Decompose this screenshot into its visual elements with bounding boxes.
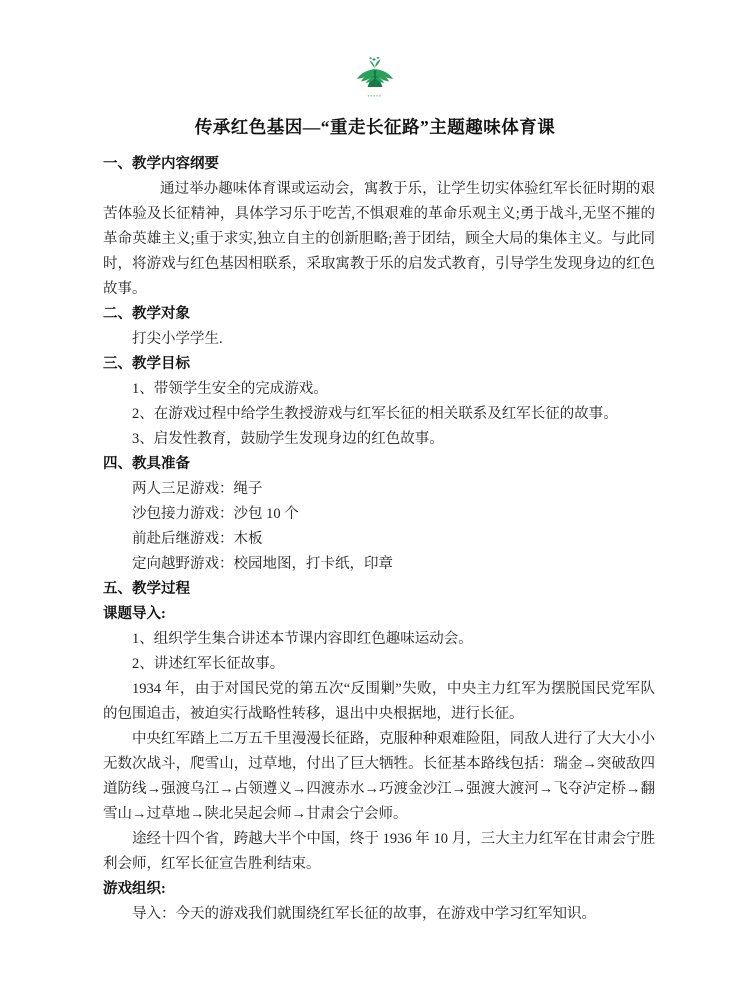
equipment-item-2: 沙包接力游戏：沙包 10 个	[103, 502, 655, 527]
subheading-lesson-intro: 课题导入:	[103, 602, 655, 627]
goal-item-2: 2、在游戏过程中给学生教授游戏与红军长征的相关联系及红军长征的故事。	[103, 402, 655, 427]
tree-logo-icon	[354, 56, 396, 90]
section-heading-1: 一、教学内容纲要	[103, 152, 655, 177]
logo-caption: ▪▪▪▪▪	[0, 92, 750, 99]
paragraph-overview: 通过举办趣味体育课或运动会，寓教于乐，让学生切实体验红军长征时期的艰苦体验及长征…	[103, 177, 655, 302]
goal-item-1: 1、带领学生安全的完成游戏。	[103, 377, 655, 402]
intro-item-2: 2、讲述红军长征故事。	[103, 652, 655, 677]
equipment-item-4: 定向越野游戏：校园地图，打卡纸，印章	[103, 552, 655, 577]
section-heading-3: 三、教学目标	[103, 352, 655, 377]
document-body: 一、教学内容纲要 通过举办趣味体育课或运动会，寓教于乐，让学生切实体验红军长征时…	[0, 152, 750, 927]
teaching-target-line: 打尖小学学生.	[103, 327, 655, 352]
school-logo: ▪▪▪▪▪	[0, 0, 750, 99]
subheading-game-org: 游戏组织:	[103, 877, 655, 902]
section-heading-4: 四、教具准备	[103, 452, 655, 477]
paragraph-history-2: 中央红军踏上二万五千里漫漫长征路，克服种种艰难险阻，同敌人进行了大大小小无数次战…	[103, 727, 655, 827]
document-page: ▪▪▪▪▪ 传承红色基因—“重走长征路”主题趣味体育课 一、教学内容纲要 通过举…	[0, 0, 750, 995]
game-intro-line: 导入：今天的游戏我们就围绕红军长征的故事，在游戏中学习红军知识。	[103, 902, 655, 927]
goal-item-3: 3、启发性教育，鼓励学生发现身边的红色故事。	[103, 427, 655, 452]
paragraph-history-3: 途经十四个省，跨越大半个中国，终于 1936 年 10 月，三大主力红军在甘肃会…	[103, 827, 655, 877]
intro-item-1: 1、组织学生集合讲述本节课内容即红色趣味运动会。	[103, 627, 655, 652]
equipment-item-3: 前赴后继游戏：木板	[103, 527, 655, 552]
equipment-item-1: 两人三足游戏：绳子	[103, 477, 655, 502]
document-title: 传承红色基因—“重走长征路”主题趣味体育课	[0, 116, 750, 139]
section-heading-5: 五、教学过程	[103, 577, 655, 602]
section-heading-2: 二、教学对象	[103, 302, 655, 327]
paragraph-history-1: 1934 年，由于对国民党的第五次“反围剿”失败，中央主力红军为摆脱国民党军队的…	[103, 677, 655, 727]
